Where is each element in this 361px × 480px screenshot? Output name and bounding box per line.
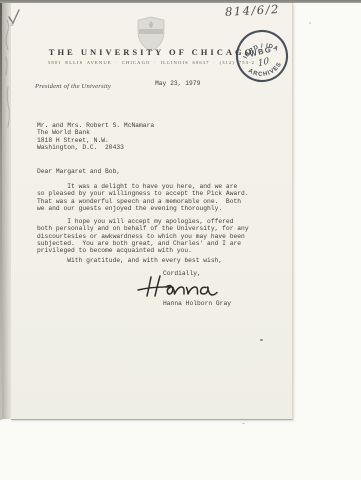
salutation: Dear Margaret and Bob, (37, 168, 120, 175)
scanned-letter-page: { "annotations": { "file_number": "814/6… (0, 0, 361, 480)
body-paragraph-1: It was a delight to have you here, and w… (37, 183, 249, 212)
checkmark-icon (6, 8, 22, 26)
recipient-address-block: Mr. and Mrs. Robert S. McNamara The Worl… (37, 122, 154, 151)
scan-speck (309, 22, 311, 24)
scan-speck (242, 423, 245, 424)
stamp-handwritten-number: 10 (257, 56, 269, 69)
scan-speck (260, 339, 263, 341)
typed-signature-name: Hanna Holborn Gray (163, 300, 231, 307)
stamp-center-text: WBG (249, 45, 273, 59)
office-title: President of the University (35, 83, 111, 90)
closing-line: With gratitude, and with every best wish… (37, 257, 222, 264)
signature-script (136, 273, 220, 303)
margin-scribble-marks (2, 12, 14, 142)
body-paragraph-2: I hope you will accept my apologies, off… (37, 218, 249, 254)
letter-date: May 23, 1979 (155, 80, 200, 87)
